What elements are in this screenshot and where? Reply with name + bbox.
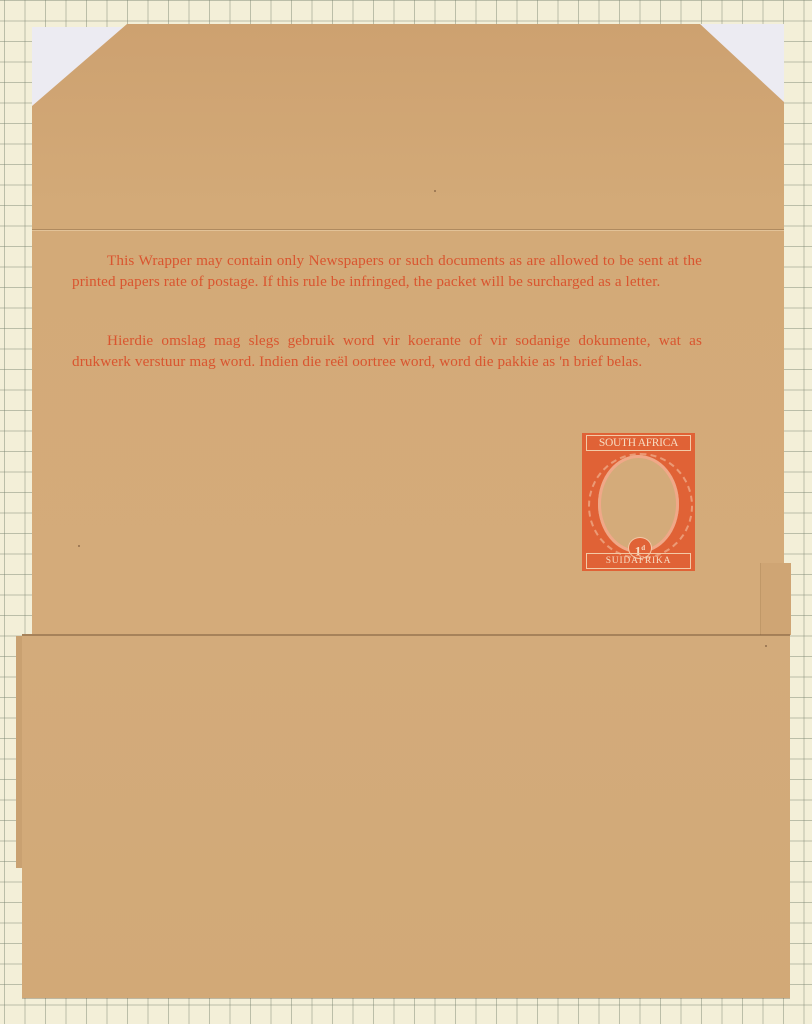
stamp-country-label-afrikaans: SUIDAFRIKA [586,553,691,569]
fold-line-middle [22,634,790,636]
album-page: This Wrapper may contain only Newspapers… [0,0,812,1024]
notice-afrikaans: Hierdie omslag mag slegs gebruik word vi… [72,330,702,372]
imprinted-stamp: SOUTH AFRICA 1d SUIDAFRIKA [582,433,695,571]
wrapper-bottom-panel [22,634,790,998]
paper-speck [434,190,436,192]
notice-afrikaans-text: Hierdie omslag mag slegs gebruik word vi… [72,330,702,372]
fold-line-top [32,229,784,230]
notice-english: This Wrapper may contain only Newspapers… [72,250,702,292]
paper-speck [78,545,80,547]
notice-english-text: This Wrapper may contain only Newspapers… [72,250,702,292]
paper-speck [765,645,767,647]
stamp-country-label: SOUTH AFRICA [586,435,691,451]
wrapper-right-flap [760,563,791,635]
